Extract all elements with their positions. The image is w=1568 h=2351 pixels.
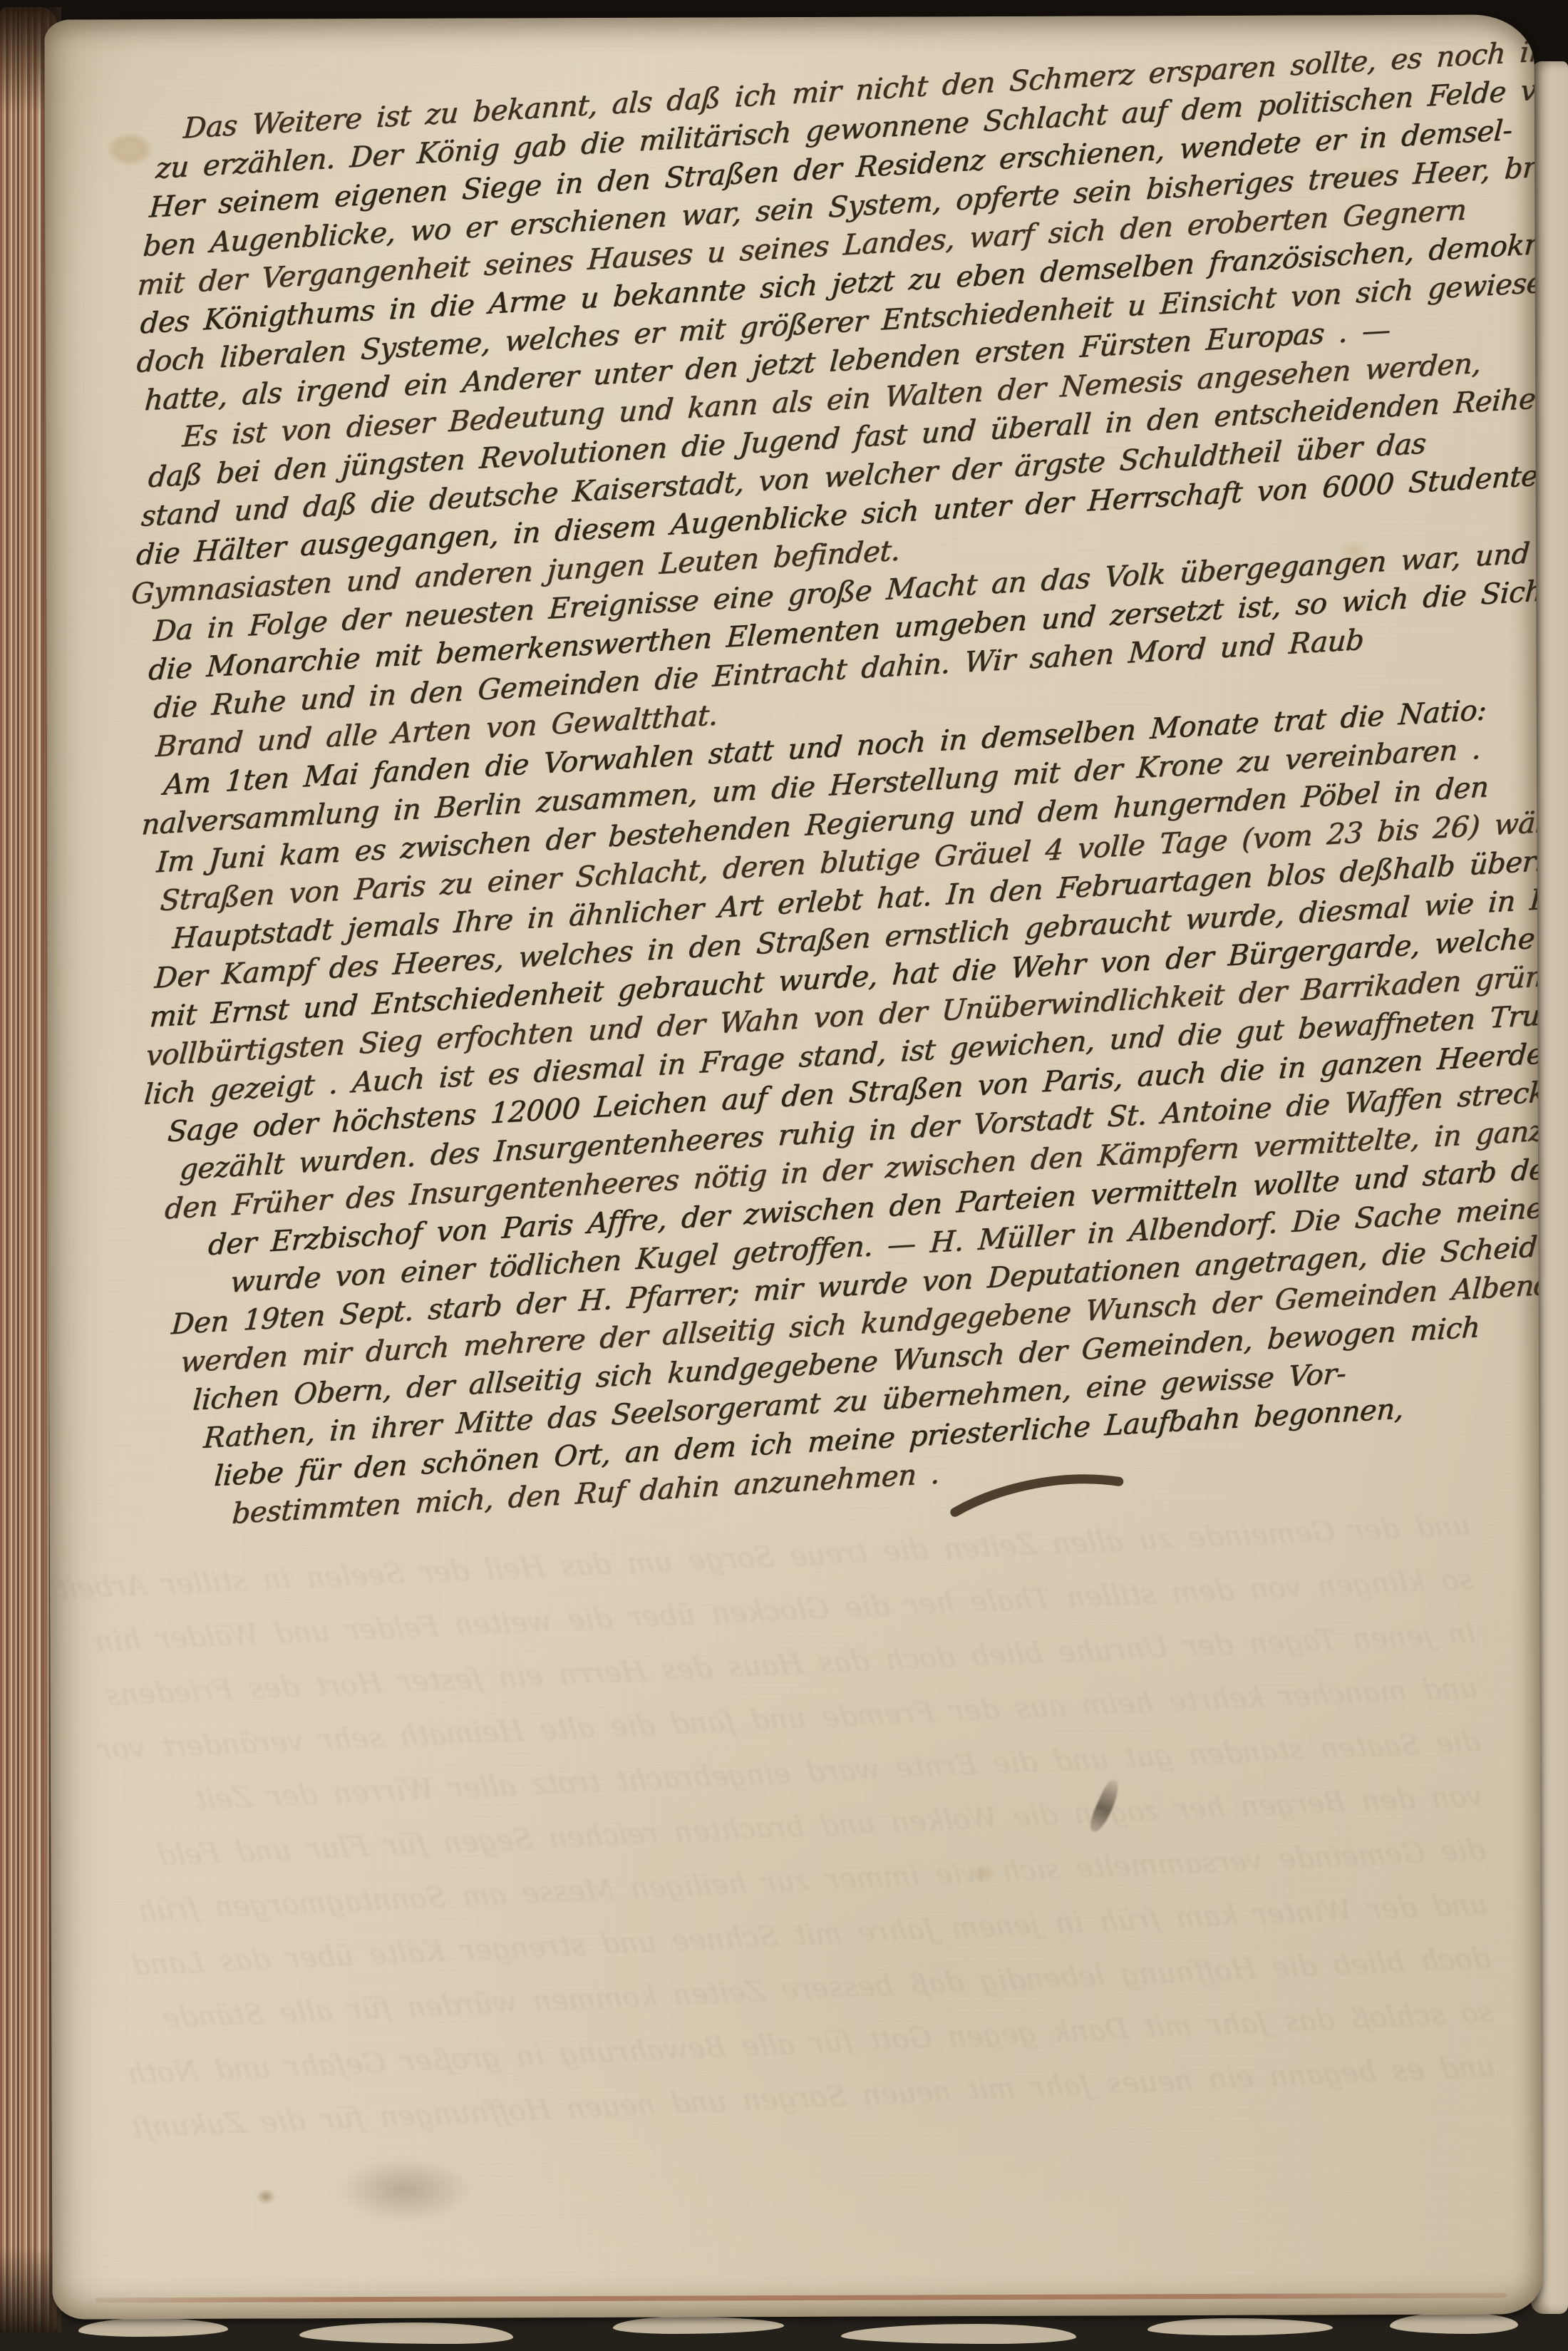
smudge-stain (337, 2157, 473, 2223)
handwritten-text-block: Das Weitere ist zu bekannt, als daß ich … (58, 34, 1542, 1538)
torn-paper-fragment (613, 2317, 784, 2334)
torn-paper-fragment (78, 2318, 228, 2337)
torn-paper-fragment (299, 2322, 513, 2344)
foxing-spot (256, 2189, 276, 2205)
torn-paper-fragment (841, 2324, 1076, 2344)
torn-paper-fragment (1147, 2318, 1333, 2335)
torn-paper-fragment (1390, 2313, 1518, 2334)
manuscript-page: und der Gemeinde zu allen Zeiten die tre… (44, 14, 1542, 2319)
scanned-manuscript-photo: und der Gemeinde zu allen Zeiten die tre… (0, 0, 1568, 2351)
pen-flourish-dash (949, 1464, 1130, 1524)
bleed-through-text: und der Gemeinde zu allen Zeiten die tre… (130, 1498, 1496, 2154)
